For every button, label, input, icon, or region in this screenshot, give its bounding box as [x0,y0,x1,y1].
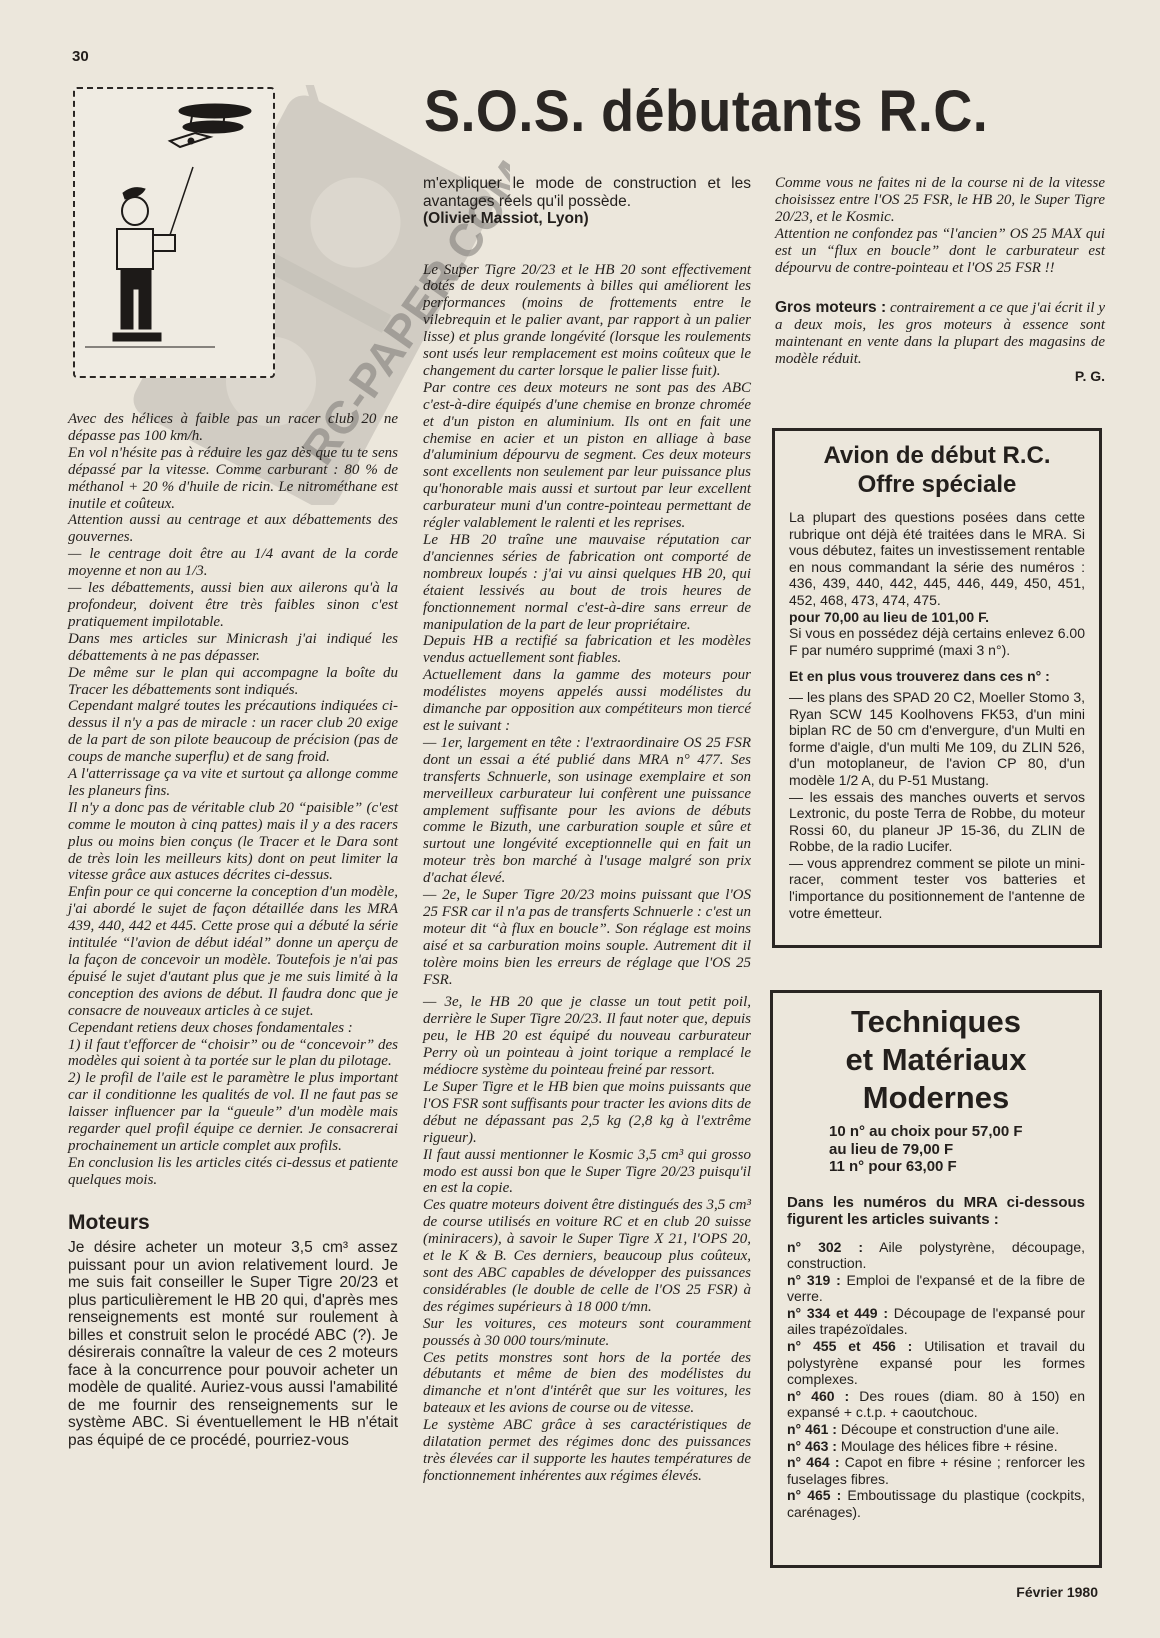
article-item: n° 463 : Moulage des hélices fibre + rés… [787,1438,1085,1455]
techniques-list-heading: Dans les numéros du MRA ci-dessous figur… [787,1194,1085,1229]
paragraph: Cependant malgré toutes les précautions … [68,698,398,766]
paragraph: Ces petits monstres sont hors de la port… [423,1350,751,1418]
gros-moteurs-label: Gros moteurs : [775,299,886,316]
paragraph: Le système ABC grâce à ses caractéristiq… [423,1417,751,1485]
techniques-offer-line: 10 n° au choix pour 57,00 F [829,1123,1085,1141]
paragraph: Actuellement dans la gamme des moteurs p… [423,667,751,735]
paragraph: Attention ne confondez pas “l'ancien” OS… [775,226,1105,277]
paragraph: Comme vous ne faites ni de la course ni … [775,175,1105,226]
article-item: n° 455 et 456 : Utilisation et travail d… [787,1338,1085,1388]
offer-box-techniques: Techniques et Matériaux Modernes 10 n° a… [770,990,1102,1568]
paragraph: Cependant retiens deux choses fondamenta… [68,1020,398,1037]
article-item: n° 464 : Capot en fibre + résine ; renfo… [787,1454,1085,1487]
column-2: m'expliquer le mode de construction et l… [423,175,751,1485]
paragraph: — le centrage doit être au 1/4 avant de … [68,546,398,580]
column-1: Avec des hélices à faible pas un racer c… [68,411,398,1449]
paragraph: — les débattements, aussi bien aux ailer… [68,580,398,631]
reader-question-moteurs: Je désire acheter un moteur 3,5 cm³ asse… [68,1239,398,1449]
techniques-title-line1: Techniques [787,1003,1085,1041]
article-item: n° 302 : Aile polystyrène, découpage, co… [787,1239,1085,1272]
offer-extra-item: — les essais des manches ouverts et serv… [789,789,1085,855]
article-item: n° 319 : Emploi de l'expansé et de la fi… [787,1272,1085,1305]
offer-extras-heading: Et en plus vous trouverez dans ces n° : [789,668,1085,685]
paragraph: 2) le profil de l'aile est le paramètre … [68,1070,398,1155]
paragraph: A l'atterrissage ça va vite et surtout ç… [68,766,398,800]
pilot-biplane-drawing [75,89,273,376]
paragraph: — 1er, largement en tête : l'extraordina… [423,735,751,887]
question-byline: (Olivier Massiot, Lyon) [423,210,751,228]
paragraph: 1) il faut t'efforcer de “choisir” ou de… [68,1037,398,1071]
section-heading-moteurs: Moteurs [68,1215,398,1232]
paragraph: De même sur le plan qui accompagne la bo… [68,665,398,699]
paragraph: Depuis HB a rectifié sa fabrication et l… [423,633,751,667]
answer-moteurs: Le Super Tigre 20/23 et le HB 20 sont ef… [423,262,751,1485]
paragraph: Le Super Tigre 20/23 et le HB 20 sont ef… [423,262,751,380]
offer-extra-item: — les plans des SPAD 20 C2, Moeller Stom… [789,689,1085,789]
column-3: Comme vous ne faites ni de la course ni … [775,175,1105,385]
paragraph: Enfin pour ce qui concerne la conception… [68,884,398,1019]
cartoon-illustration [73,87,275,378]
paragraph: Attention aussi au centrage et aux débat… [68,512,398,546]
techniques-offer: 10 n° au choix pour 57,00 F au lieu de 7… [787,1123,1085,1176]
paragraph: Dans mes articles sur Minicrash j'ai ind… [68,631,398,665]
paragraph: — 3e, le HB 20 que je classe un tout pet… [423,994,751,1079]
techniques-offer-line: au lieu de 79,00 F [829,1141,1085,1159]
paragraph: Ces quatre moteurs doivent être distingu… [423,1197,751,1315]
offer-intro: La plupart des questions posées dans cet… [789,509,1085,609]
paragraph: Le Super Tigre et le HB bien que moins p… [423,1079,751,1147]
author-signature: P. G. [775,368,1105,385]
issue-date: Février 1980 [1016,1584,1098,1600]
offer-discount: Si vous en possédez déjà certains enleve… [789,625,1085,658]
paragraph: Avec des hélices à faible pas un racer c… [68,411,398,445]
paragraph: Par contre ces deux moteurs ne sont pas … [423,380,751,532]
article-item: n° 460 : Des roues (diam. 80 à 150) en e… [787,1388,1085,1421]
article-item: n° 465 : Emboutissage du plastique (cock… [787,1487,1085,1520]
article-item: n° 334 et 449 : Découpage de l'expansé p… [787,1305,1085,1338]
page-number: 30 [72,48,89,65]
paragraph: Le HB 20 traîne une mauvaise réputation … [423,532,751,633]
article-item: n° 461 : Découpe et construction d'une a… [787,1421,1085,1438]
techniques-offer-line: 11 n° pour 63,00 F [829,1158,1085,1176]
offer-box-title-line2: Offre spéciale [789,470,1085,499]
paragraph: Il n'y a donc pas de véritable club 20 “… [68,800,398,885]
page-title: S.O.S. débutants R.C. [424,78,1019,145]
answer-racer-club-20: Avec des hélices à faible pas un racer c… [68,411,398,1189]
techniques-title-line2: et Matériaux [787,1041,1085,1079]
paragraph: — 2e, le Super Tigre 20/23 moins puissan… [423,887,751,988]
reader-question-continued: m'expliquer le mode de construction et l… [423,175,751,210]
paragraph: Il faut aussi mentionner le Kosmic 3,5 c… [423,1147,751,1198]
techniques-title-line3: Modernes [787,1079,1085,1117]
offer-price: pour 70,00 au lieu de 101,00 F. [789,609,1085,626]
offer-extra-item: — vous apprendrez comment se pilote un m… [789,855,1085,921]
gros-moteurs-note: Gros moteurs : contrairement a ce que j'… [775,300,1105,368]
offer-box-avion-de-debut: Avion de début R.C. Offre spéciale La pl… [772,428,1102,948]
paragraph: Sur les voitures, ces moteurs sont coura… [423,1316,751,1350]
offer-box-title-line1: Avion de début R.C. [789,441,1085,470]
paragraph: En conclusion lis les articles cités ci-… [68,1155,398,1189]
paragraph: En vol n'hésite pas à réduire les gaz dè… [68,445,398,513]
